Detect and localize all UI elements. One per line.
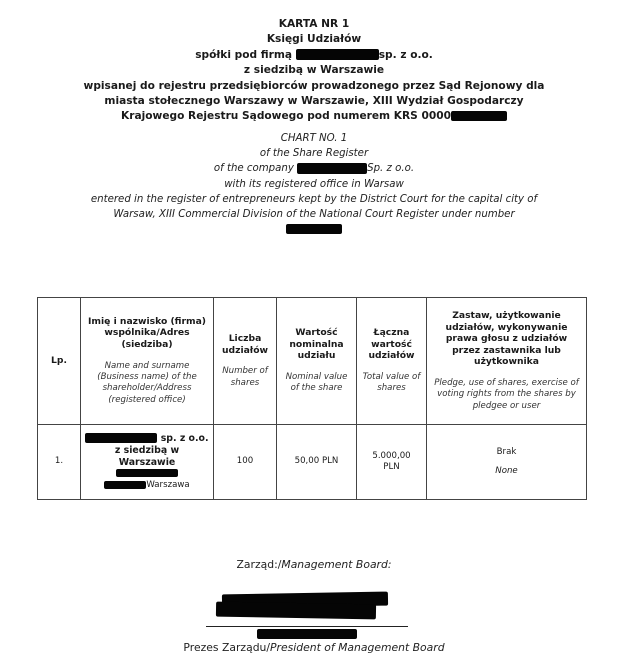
chart-title-en: CHART NO. 1 xyxy=(0,131,628,146)
seat-line-pl: z siedzibą w Warszawie xyxy=(0,63,628,78)
register-subtitle-en: of the Share Register xyxy=(0,146,628,161)
signature-line xyxy=(206,626,408,627)
share-register-table: Lp. Imię i nazwisko (firma) wspólnika/Ad… xyxy=(37,297,587,500)
registry-line-2-en: Warsaw, XIII Commercial Division of the … xyxy=(0,207,628,222)
cell-shares-count: 100 xyxy=(214,425,277,500)
redacted-address-postal xyxy=(104,481,146,489)
registry-line-1-pl: wpisanej do rejestru przedsiębiorców pro… xyxy=(0,79,628,94)
cell-pledge: Brak None xyxy=(427,425,587,500)
company-prefix-en: of the company xyxy=(214,163,294,174)
english-header: CHART NO. 1 of the Share Register of the… xyxy=(0,131,628,237)
management-board-label: Zarząd:/Management Board: xyxy=(0,558,628,571)
col-shareholder: Imię i nazwisko (firma) wspólnika/Adres … xyxy=(81,298,214,425)
registry-line-2-pl: miasta stołecznego Warszawy w Warszawie,… xyxy=(0,94,628,109)
company-prefix-pl: spółki pod firmą xyxy=(195,49,292,61)
shareholder-city: Warszawa xyxy=(146,480,189,490)
col-nominal-value: Wartość nominalna udziału Nominal value … xyxy=(277,298,357,425)
cell-lp: 1. xyxy=(38,425,81,500)
col-total-value: Łączna wartość udziałów Total value of s… xyxy=(357,298,427,425)
cell-total-value: 5.000,00 PLN xyxy=(357,425,427,500)
signatory-role: Prezes Zarządu/President of Management B… xyxy=(0,641,628,654)
cell-shareholder: sp. z o.o. z siedzibą w Warszawie Warsza… xyxy=(81,425,214,500)
register-subtitle-pl: Księgi Udziałów xyxy=(0,32,628,47)
redacted-signatory-name xyxy=(257,629,357,639)
table-row: 1. sp. z o.o. z siedzibą w Warszawie War… xyxy=(38,425,587,500)
col-pledge: Zastaw, użytkowanie udziałów, wykonywani… xyxy=(427,298,587,425)
redacted-address-street xyxy=(116,469,178,477)
col-lp: Lp. xyxy=(38,298,81,425)
company-suffix-pl: sp. z o.o. xyxy=(379,49,433,61)
registry-line-1-en: entered in the register of entrepreneurs… xyxy=(0,192,628,207)
company-line-pl: spółki pod firmą sp. z o.o. xyxy=(0,48,628,63)
redacted-shareholder-name xyxy=(85,433,157,443)
redacted-krs-number-en xyxy=(286,224,342,234)
polish-header: KARTA NR 1 Księgi Udziałów spółki pod fi… xyxy=(0,17,628,125)
registry-line-3-pl: Krajowego Rejestru Sądowego pod numerem … xyxy=(0,109,628,124)
redacted-signature xyxy=(216,593,390,621)
redacted-company-name-en xyxy=(297,163,367,174)
krs-label: Krajowego Rejestru Sądowego pod numerem … xyxy=(121,110,451,122)
redacted-krs-number xyxy=(451,111,507,121)
chart-title-pl: KARTA NR 1 xyxy=(0,17,628,32)
col-shares-count: Liczba udziałów Number of shares xyxy=(214,298,277,425)
company-suffix-en: Sp. z o.o. xyxy=(367,163,414,174)
redacted-company-name xyxy=(296,49,379,60)
company-line-en: of the company Sp. z o.o. xyxy=(0,161,628,176)
table-header-row: Lp. Imię i nazwisko (firma) wspólnika/Ad… xyxy=(38,298,587,425)
seat-line-en: with its registered office in Warsaw xyxy=(0,177,628,192)
registry-line-3-en xyxy=(0,222,628,237)
cell-nominal-value: 50,00 PLN xyxy=(277,425,357,500)
